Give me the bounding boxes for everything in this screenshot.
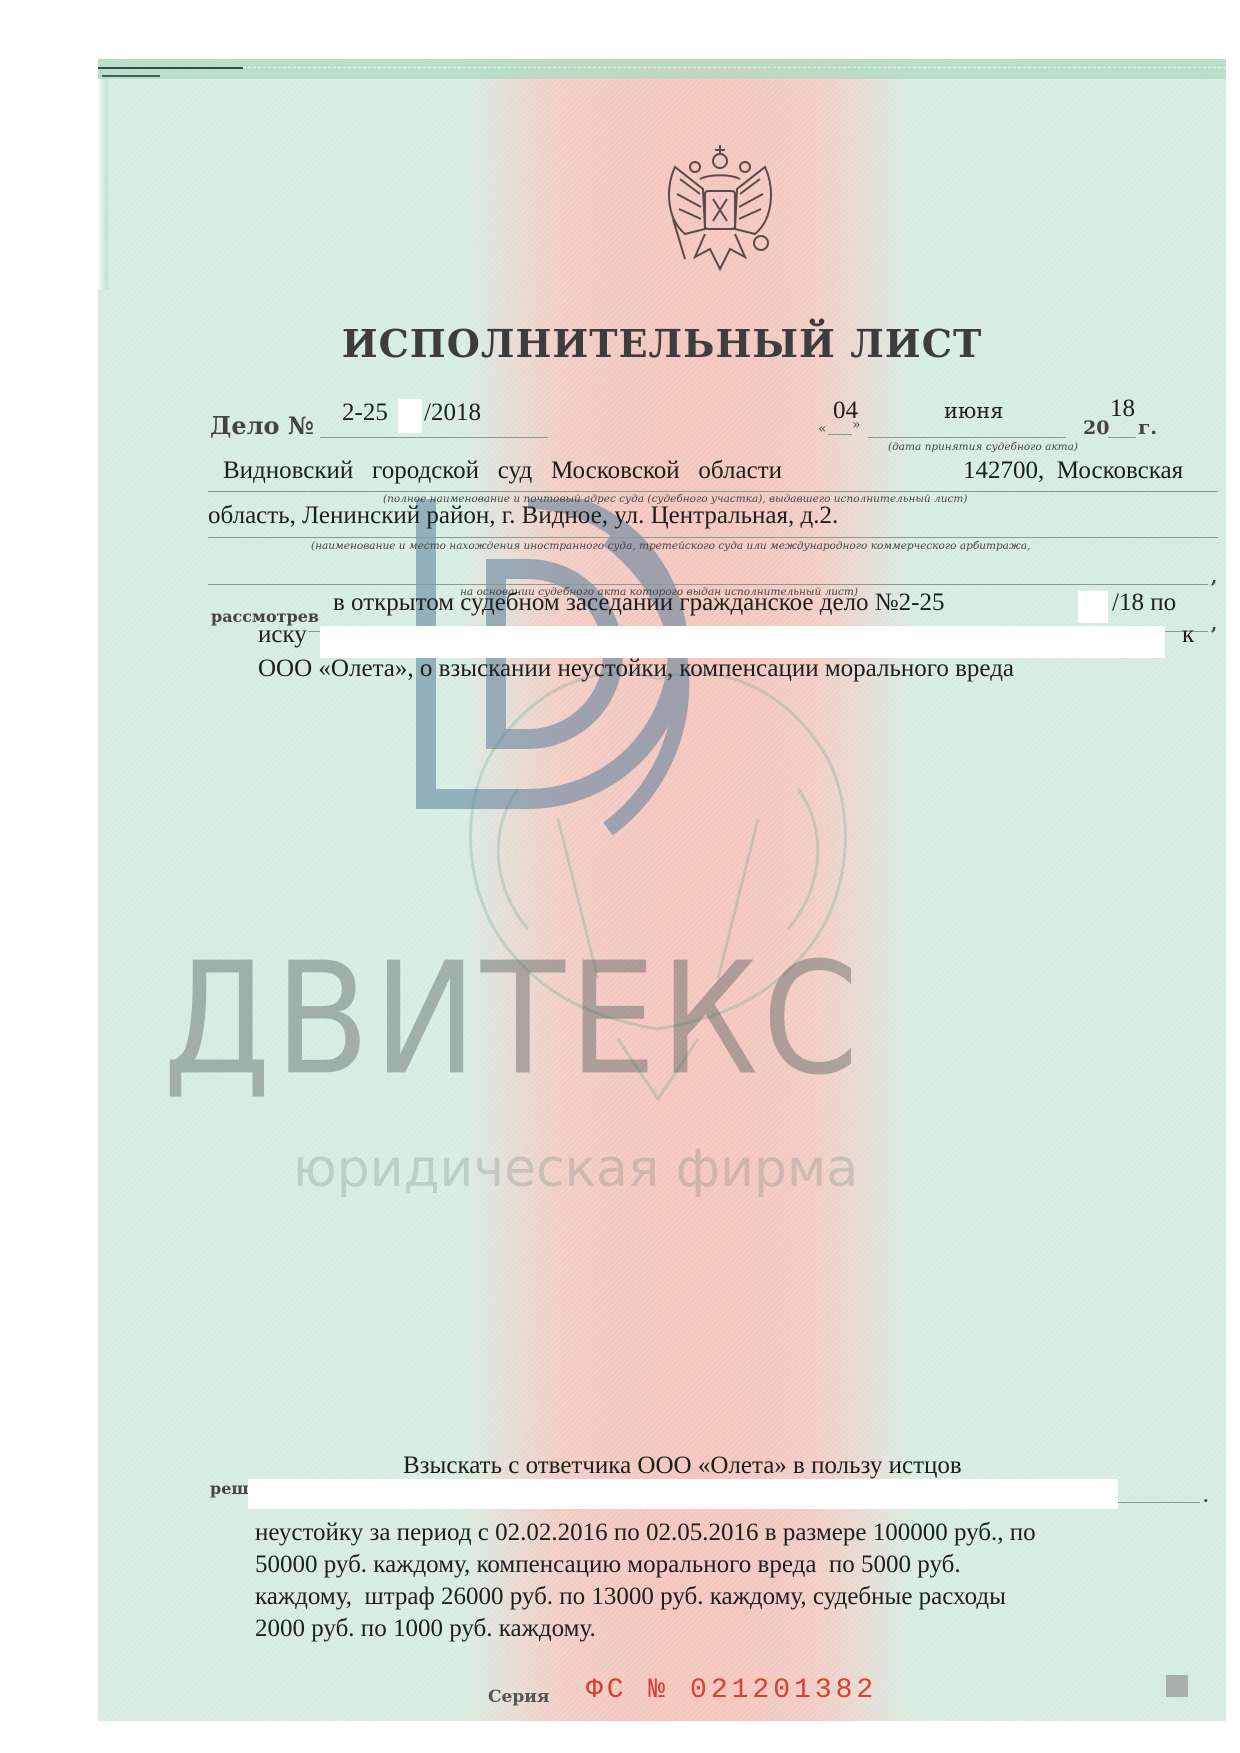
considered-line3: ООО «Олета», о взыскании неустойки, комп… <box>258 655 1014 683</box>
court-address-start: 142700, Московская <box>963 457 1183 485</box>
date-day: 04 <box>833 397 858 425</box>
series-number: ФС № 021201382 <box>586 1675 877 1706</box>
year-underline <box>1108 437 1136 438</box>
staple-mark-secondary <box>102 75 160 77</box>
date-open-quote: « <box>818 421 827 437</box>
date-month: июня <box>944 399 1004 423</box>
year-unit: г. <box>1138 415 1157 439</box>
court-underline-2 <box>208 537 1218 538</box>
year-prefix: 20 <box>1083 417 1109 439</box>
month-underline <box>868 437 1066 438</box>
watermark-subtitle: юридическая фирма <box>293 1139 858 1199</box>
case-number-suffix: /2018 <box>424 399 481 427</box>
decision-line: неустойку за период с 02.02.2016 по 02.0… <box>255 1517 1036 1549</box>
coat-of-arms-icon <box>655 139 785 279</box>
court-name: Видновский городской суд Московской обла… <box>223 457 782 485</box>
considered-line2-end: к <box>1182 621 1194 649</box>
watermark-brand: ДВИТЕКС <box>163 929 863 1109</box>
decision-line: 50000 руб. каждому, компенсацию морально… <box>255 1549 1036 1581</box>
series-label: Серия <box>488 1687 549 1707</box>
redacted-case-number <box>398 399 422 433</box>
considered-line1: в открытом судебном заседании гражданско… <box>333 589 945 617</box>
comma-1: , <box>1211 567 1217 588</box>
redacted-case-ref <box>1078 591 1108 623</box>
document-title: ИСПОЛНИТЕЛЬНЫЙ ЛИСТ <box>98 321 1226 366</box>
date-caption: (дата принятия судебного акта) <box>888 441 1078 453</box>
comma-2: , <box>1211 614 1217 635</box>
staple-mark <box>98 67 243 73</box>
court-underline-3 <box>208 584 1208 585</box>
decision-line1: Взыскать с ответчика ООО «Олета» в польз… <box>403 1452 962 1480</box>
case-number-underline <box>320 437 548 438</box>
corner-square-mark <box>1166 1675 1188 1697</box>
redacted-plaintiff-names <box>248 1479 1118 1509</box>
day-underline <box>828 434 852 435</box>
case-label: Дело № <box>210 411 314 440</box>
court-caption-2: (наименование и место нахождения иностра… <box>311 540 1030 552</box>
considered-line2-start: иску <box>258 621 307 649</box>
period-1: . <box>1203 1487 1209 1506</box>
date-year-suffix: 18 <box>1110 395 1135 423</box>
court-underline-1 <box>208 491 1218 492</box>
redacted-plaintiffs <box>320 626 1165 658</box>
decision-line: 2000 руб. по 1000 руб. каждому. <box>255 1613 1036 1645</box>
top-perforation-strip <box>98 59 1226 79</box>
writ-of-execution-page: ИСПОЛНИТЕЛЬНЫЙ ЛИСТ Дело № 2-25 /2018 « … <box>98 59 1226 1721</box>
court-address-line2: область, Ленинский район, г. Видное, ул.… <box>208 502 838 530</box>
considered-line1-suffix: /18 по <box>1112 589 1176 617</box>
left-fold-edge <box>98 79 108 289</box>
decision-line: каждому, штраф 26000 руб. по 13000 руб. … <box>255 1581 1036 1613</box>
case-number-prefix: 2-25 <box>342 399 388 427</box>
decision-paragraph: неустойку за период с 02.02.2016 по 02.0… <box>255 1517 1036 1645</box>
